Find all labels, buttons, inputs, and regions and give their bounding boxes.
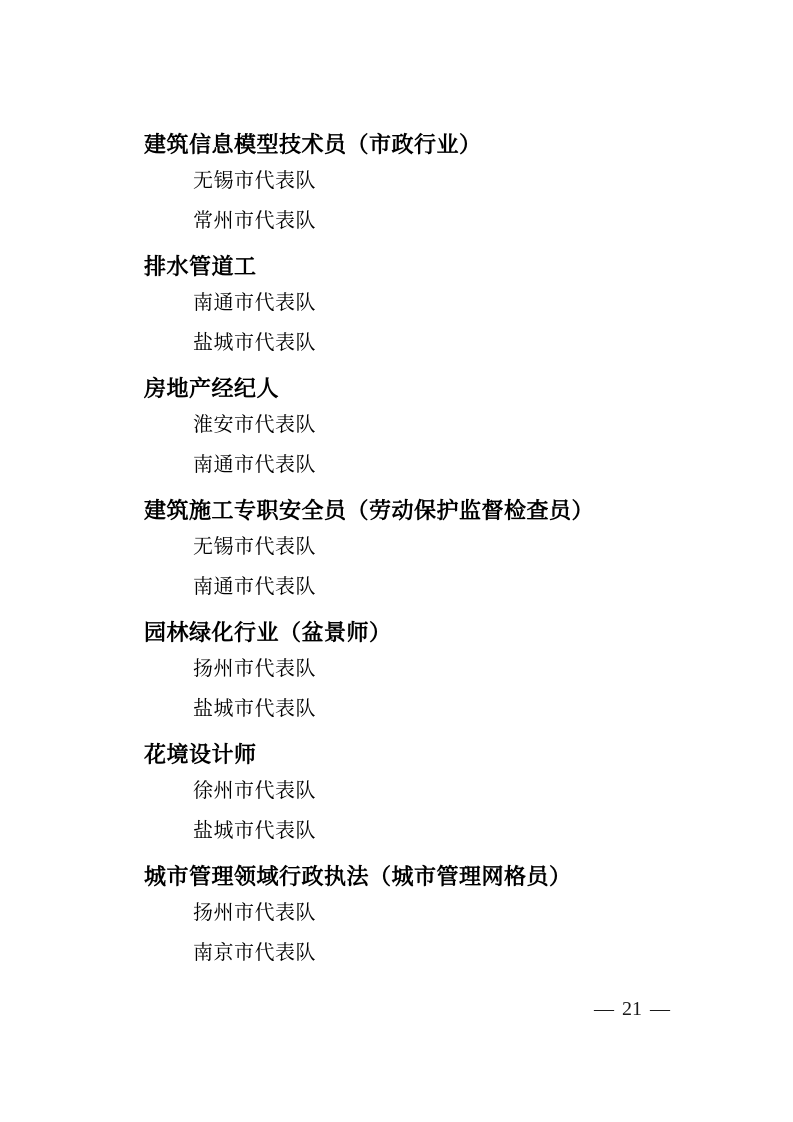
section-title: 城市管理领域行政执法（城市管理网格员） — [144, 864, 675, 889]
section-title: 花境设计师 — [144, 742, 675, 767]
section-title: 房地产经纪人 — [144, 376, 675, 401]
section-title: 排水管道工 — [144, 254, 675, 279]
document-page: 建筑信息模型技术员（市政行业） 无锡市代表队常州市代表队 排水管道工 南通市代表… — [0, 0, 793, 1122]
page-content: 建筑信息模型技术员（市政行业） 无锡市代表队常州市代表队 排水管道工 南通市代表… — [144, 132, 675, 986]
team-item: 南通市代表队 — [193, 576, 675, 598]
team-item: 扬州市代表队 — [193, 658, 675, 680]
section-title: 建筑施工专职安全员（劳动保护监督检查员） — [144, 498, 675, 523]
team-item: 南通市代表队 — [193, 454, 675, 476]
team-item: 无锡市代表队 — [193, 170, 675, 192]
section: 建筑施工专职安全员（劳动保护监督检查员） 无锡市代表队南通市代表队 — [144, 498, 675, 598]
section: 花境设计师 徐州市代表队盐城市代表队 — [144, 742, 675, 842]
section: 园林绿化行业（盆景师） 扬州市代表队盐城市代表队 — [144, 620, 675, 720]
section: 建筑信息模型技术员（市政行业） 无锡市代表队常州市代表队 — [144, 132, 675, 232]
section: 房地产经纪人 淮安市代表队南通市代表队 — [144, 376, 675, 476]
team-item: 淮安市代表队 — [193, 414, 675, 436]
section-title: 园林绿化行业（盆景师） — [144, 620, 675, 645]
team-item: 常州市代表队 — [193, 210, 675, 232]
team-item: 无锡市代表队 — [193, 536, 675, 558]
team-item: 南京市代表队 — [193, 942, 675, 964]
team-item: 徐州市代表队 — [193, 780, 675, 802]
team-item: 盐城市代表队 — [193, 698, 675, 720]
team-item: 扬州市代表队 — [193, 902, 675, 924]
team-item: 盐城市代表队 — [193, 332, 675, 354]
page-number: — 21 — — [594, 998, 670, 1020]
section: 排水管道工 南通市代表队盐城市代表队 — [144, 254, 675, 354]
team-item: 盐城市代表队 — [193, 820, 675, 842]
team-item: 南通市代表队 — [193, 292, 675, 314]
section-title: 建筑信息模型技术员（市政行业） — [144, 132, 675, 157]
page-footer: — 21 — — [594, 998, 670, 1020]
section: 城市管理领域行政执法（城市管理网格员） 扬州市代表队南京市代表队 — [144, 864, 675, 964]
